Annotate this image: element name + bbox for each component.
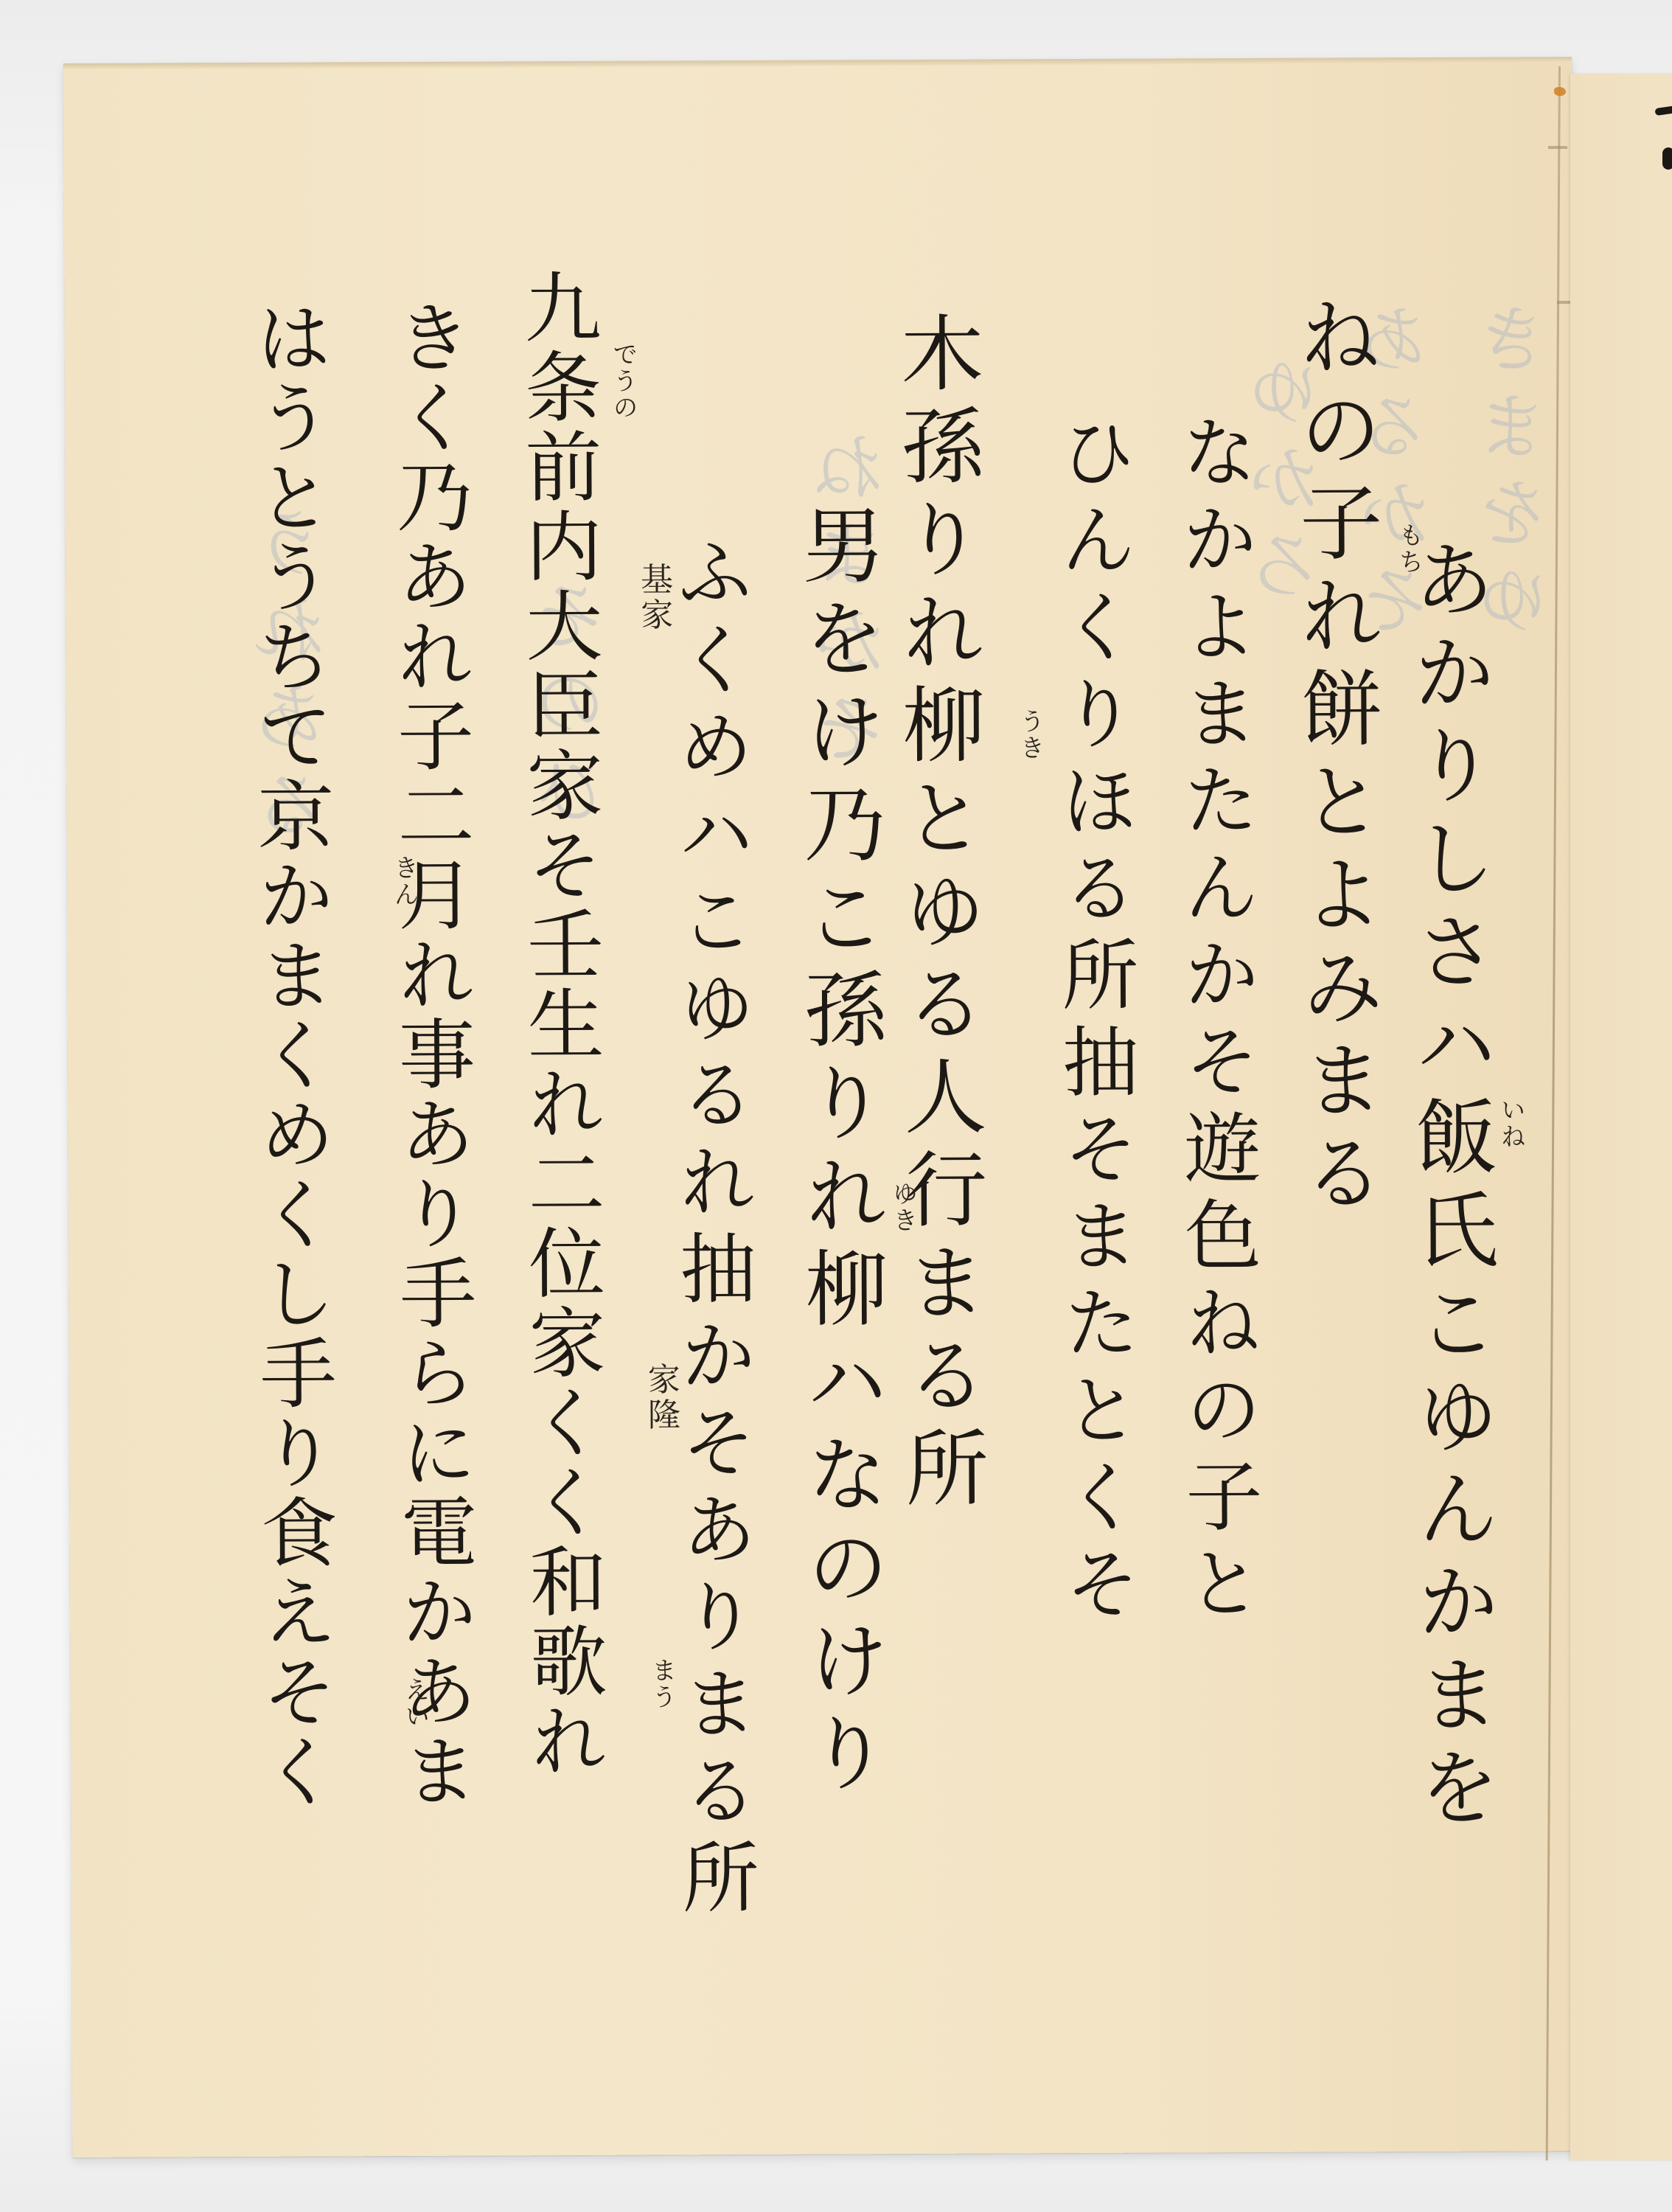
text-column-5: 木孫りれ柳とゆる人行まる所 (894, 310, 981, 1518)
text-column-10: はうとうちて京かまくめくし手り食えそく (248, 298, 332, 1811)
book-spread: きまをゆ あるかそ ゆかろ ねまかそ そのひ うれある あかりしさハ飯氏こゆんか… (0, 0, 1672, 2212)
name-gloss-motoie: 基家 (637, 562, 669, 633)
facing-page-ink-stroke (1654, 105, 1672, 116)
facing-page-edge (1570, 74, 1672, 2160)
text-column-1: あかりしさハ飯氏こゆんかまを (1406, 537, 1494, 1837)
ruby-reading: ゆき (891, 1180, 916, 1234)
text-column-8: 九条前内大臣家そ壬生れ二位家くく和歌れ (518, 268, 601, 1781)
text-column-6: 男をけ乃こ孫りれ柳ハなのけり (795, 502, 884, 1803)
ruby-reading: まう (649, 1657, 674, 1710)
name-gloss-ietaka: 家隆 (644, 1362, 677, 1433)
ruby-reading: きん (391, 855, 417, 908)
ruby-reading: でうの (610, 341, 635, 421)
manuscript-page: きまをゆ あるかそ ゆかろ ねまかそ そのひ うれある あかりしさハ飯氏こゆんか… (63, 57, 1581, 2157)
text-column-3: なかよまたんかそ遊色ねの子と (1174, 412, 1256, 1630)
text-column-7: ふくめハこゆるれ抽かそありまる所 (670, 532, 753, 1924)
text-column-9: きく乃あれ子二月れ事あり手らに電かあま (389, 298, 472, 1811)
ruby-reading: いね (1498, 1096, 1523, 1150)
ruby-reading: もち (1396, 522, 1421, 575)
facing-page-ink-stroke (1662, 147, 1672, 170)
ruby-reading: えい (403, 1677, 428, 1730)
ruby-reading: うき (1017, 708, 1042, 761)
text-column-2: ねの子れ餅とよみまる (1292, 293, 1378, 1222)
binding-notch (1548, 146, 1567, 149)
rust-stain (1554, 87, 1566, 96)
text-column-4: ひんくりほる所抽そまたとくそ (1053, 413, 1135, 1631)
